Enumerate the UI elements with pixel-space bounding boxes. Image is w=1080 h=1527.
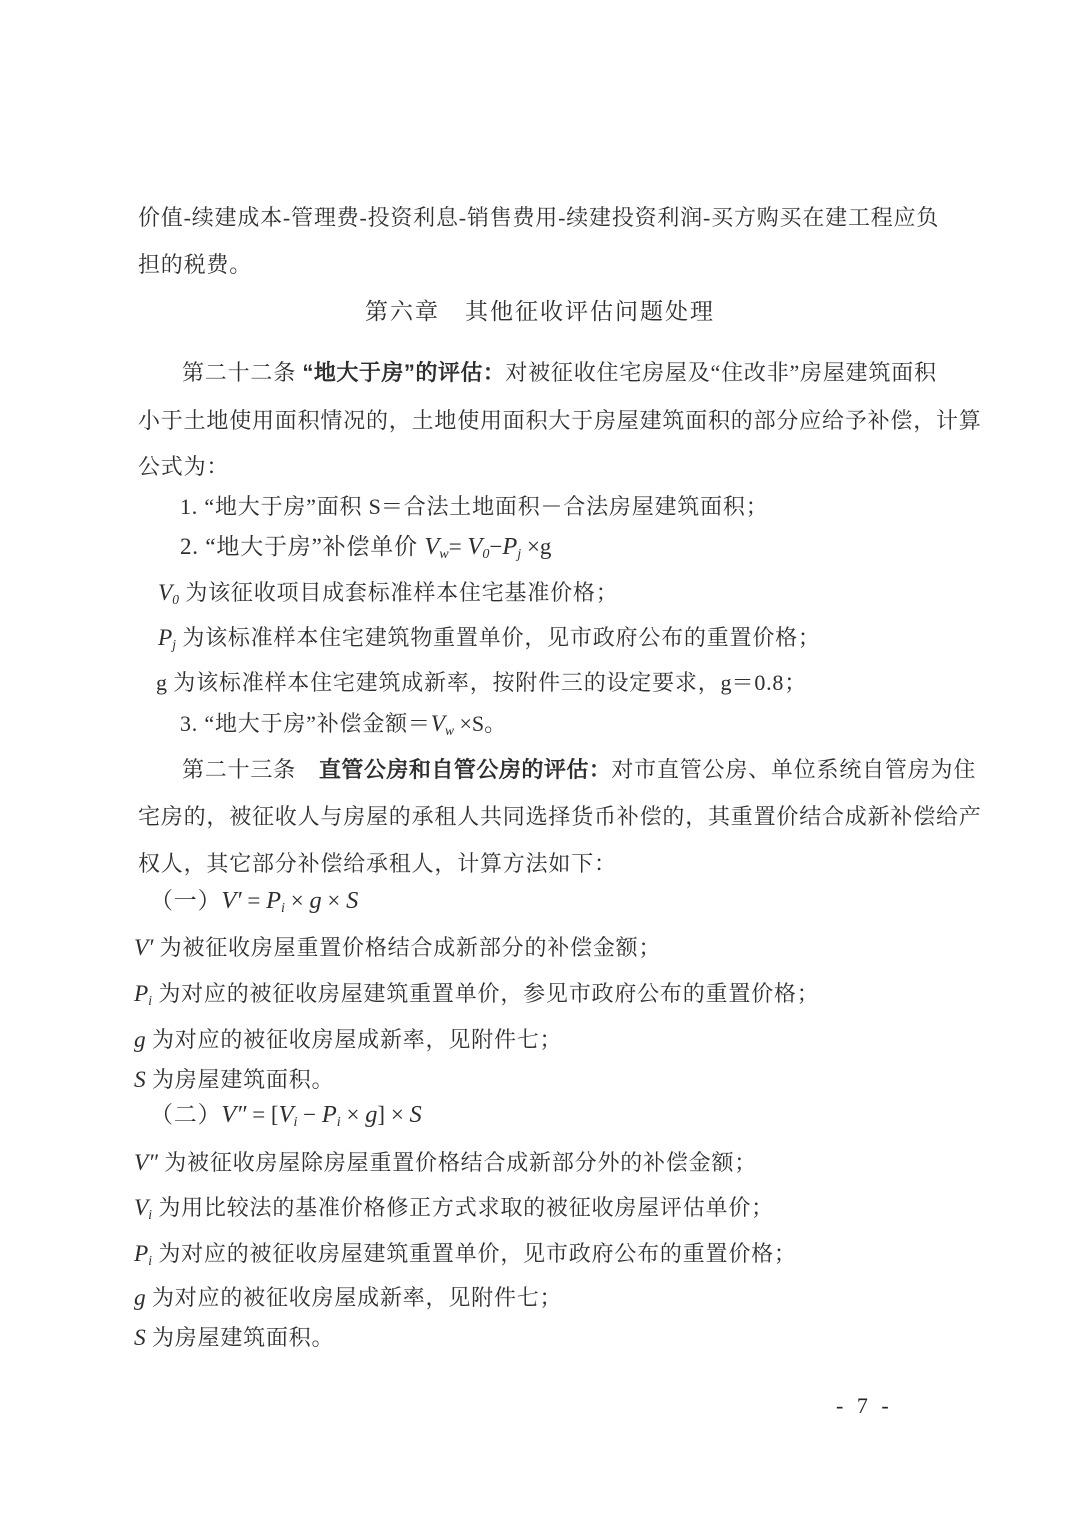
text-run: ＝合法土地面积－合法房屋建筑面积； [381,494,769,519]
text-run: S [134,1325,146,1351]
definition-line: Pi 为对应的被征收房屋建筑重置单价，见市政府公布的重置价格； [134,1239,797,1276]
text-run: 为该标准样本住宅建筑物重置单价，见市政府公布的重置价格； [176,625,821,650]
text-run: 为房屋建筑面积。 [146,1325,335,1350]
text-run: × [322,888,346,913]
text-run: − [297,1102,321,1127]
text-run: 权人，其它部分补偿给承租人，计算方法如下： [138,851,617,876]
text-run: （二） [150,1102,221,1127]
numbered-item-line: 3. “地大于房”补偿金额＝Vw ×S。 [180,709,507,746]
text-run: “地大于房”的评估： [302,360,505,385]
text-run: × [341,1102,365,1127]
text-run: Pi [134,981,152,1007]
text-run: Pi [322,1101,341,1128]
formula-line: （二）V″ = [Vi − Pi × g] × S [150,1100,422,1137]
subscript: w [439,546,448,562]
text-run: V″ [134,1150,158,1176]
text-run: 为该标准样本住宅建筑成新率，按附件三的设定要求， [167,670,721,695]
text-run: V0 [467,533,489,560]
paragraph-line: 权人，其它部分补偿给承租人，计算方法如下： [138,849,617,879]
definition-line: S 为房屋建筑面积。 [134,1065,334,1095]
text-run: 为该征收项目成套标准样本住宅基准价格； [179,580,619,605]
definition-line: V″ 为被征收房屋除房屋重置价格结合成新部分外的补偿金额； [134,1148,757,1178]
text-run: × [454,711,472,736]
text-run: = [449,534,468,559]
paragraph-line: 担的税费。 [138,250,252,280]
definition-line: Vi 为用比较法的基准价格修正方式求取的被征收房屋评估单价； [134,1193,774,1230]
paragraph-line: 宅房的，被征收人与房屋的承租人共同选择货币补偿的，其重置价结合成新补偿给产 [138,802,982,832]
text-run: ×g [521,534,551,559]
subscript: w [445,723,454,738]
definition-line: g 为该标准样本住宅建筑成新率，按附件三的设定要求，g＝0.8； [156,668,807,698]
text-run: S [472,711,484,736]
definition-line: g 为对应的被征收房屋成新率，见附件七； [134,1025,562,1055]
text-run: g [309,887,321,914]
definition-line: Pi 为对应的被征收房屋建筑重置单价，参见市政府公布的重置价格； [134,979,820,1016]
text-run: 第二十二条 [182,360,302,385]
text-run: S [346,887,358,914]
paragraph-line: 小于土地使用面积情况的，土地使用面积大于房屋建筑面积的部分应给予补偿，计算 [138,406,982,436]
text-run: × [285,888,309,913]
text-run: 小于土地使用面积情况的，土地使用面积大于房屋建筑面积的部分应给予补偿，计算 [138,408,982,433]
text-run: 价值-续建成本-管理费-投资利息-销售费用-续建投资利润-买方购买在建工程应负 [138,205,939,230]
text-run: 为对应的被征收房屋建筑重置单价，参见市政府公布的重置价格； [152,981,820,1006]
subscript: 0 [172,592,179,607]
text-run: ] × [377,1102,409,1127]
document-page: 价值-续建成本-管理费-投资利息-销售费用-续建投资利润-买方购买在建工程应负 … [0,0,1080,1527]
text-run: 公式为： [138,454,229,479]
text-run: 宅房的，被征收人与房屋的承租人共同选择货币补偿的，其重置价结合成新补偿给产 [138,804,982,829]
text-run: 为对应的被征收房屋建筑重置单价，见市政府公布的重置价格； [152,1241,797,1266]
text-run: = [242,888,266,913]
definition-line: V0 为该征收项目成套标准样本住宅基准价格； [158,578,619,615]
text-run: Pj [502,533,521,560]
text-run: 为用比较法的基准价格修正方式求取的被征收房屋评估单价； [152,1195,774,1220]
text-run: V0 [158,580,179,606]
text-run: 担的税费。 [138,252,252,277]
formula-line: （一）V′ = Pi × g × S [150,886,358,923]
text-run: g [365,1101,377,1128]
text-run: Pi [266,887,285,914]
definition-line: g 为对应的被征收房屋成新率，见附件七； [134,1283,562,1313]
text-run: 为对应的被征收房屋成新率，见附件七； [146,1285,563,1310]
text-run: g [134,1285,146,1311]
article-heading-line: 第二十二条 “地大于房”的评估：对被征收住宅房屋及“住改非”房屋建筑面积 [182,358,937,388]
text-run: 为对应的被征收房屋成新率，见附件七； [146,1027,563,1052]
text-run: S [410,1101,422,1128]
text-run: g [721,670,732,695]
text-run: Pi [134,1241,152,1267]
article-heading-line: 第二十三条 直管公房和自管公房的评估：对市直管公房、单位系统自管房为住 [182,755,976,785]
definition-line: Pj 为该标准样本住宅建筑物重置单价，见市政府公布的重置价格； [158,623,821,660]
text-run: Vw [431,711,454,737]
text-run: ＝0.8； [732,670,808,695]
text-run: 对市直管公房、单位系统自管房为住 [611,757,976,782]
text-run: 为房屋建筑面积。 [146,1067,335,1092]
text-run: S [134,1067,146,1093]
text-run: 。 [484,711,507,736]
text-run: V′ [221,887,241,914]
text-run: g [156,670,167,695]
text-run: （一） [150,888,221,913]
numbered-item-line: 1. “地大于房”面积 S＝合法土地面积－合法房屋建筑面积； [180,492,769,522]
text-run: − [489,534,502,559]
text-run: V″ [221,1101,246,1128]
text-run: 1. “地大于房”面积 [180,494,369,519]
text-run: Vi [279,1101,298,1128]
text-run: S [369,494,381,519]
definition-line: S 为房屋建筑面积。 [134,1323,334,1353]
text-run: Pj [158,625,176,651]
text-run: Vi [134,1195,152,1221]
formula-line: 2. “地大于房”补偿单价 Vw= V0−Pj ×g [180,532,551,569]
page-number: - 7 - [836,1393,893,1419]
definition-line: V′ 为被征收房屋重置价格结合成新部分的补偿金额； [134,933,661,963]
text-run: 为被征收房屋除房屋重置价格结合成新部分外的补偿金额； [158,1150,757,1175]
chapter-heading: 第六章 其他征收评估问题处理 [0,297,1080,327]
text-run: 第二十三条 [182,757,319,782]
text-run: = [ [246,1102,278,1127]
text-run: 第六章 其他征收评估问题处理 [365,299,715,324]
text-run: 直管公房和自管公房的评估： [319,757,612,782]
text-run: 2. “地大于房”补偿单价 [180,534,424,559]
text-run: 为被征收房屋重置价格结合成新部分的补偿金额； [153,935,661,960]
text-run: 3. “地大于房”补偿金额＝ [180,711,431,736]
paragraph-line: 价值-续建成本-管理费-投资利息-销售费用-续建投资利润-买方购买在建工程应负 [138,203,939,233]
text-run: g [134,1027,146,1053]
text-run: Vw [424,533,448,560]
text-run: 对被征收住宅房屋及“住改非”房屋建筑面积 [505,360,937,385]
text-run: V′ [134,935,153,961]
paragraph-line: 公式为： [138,452,229,482]
